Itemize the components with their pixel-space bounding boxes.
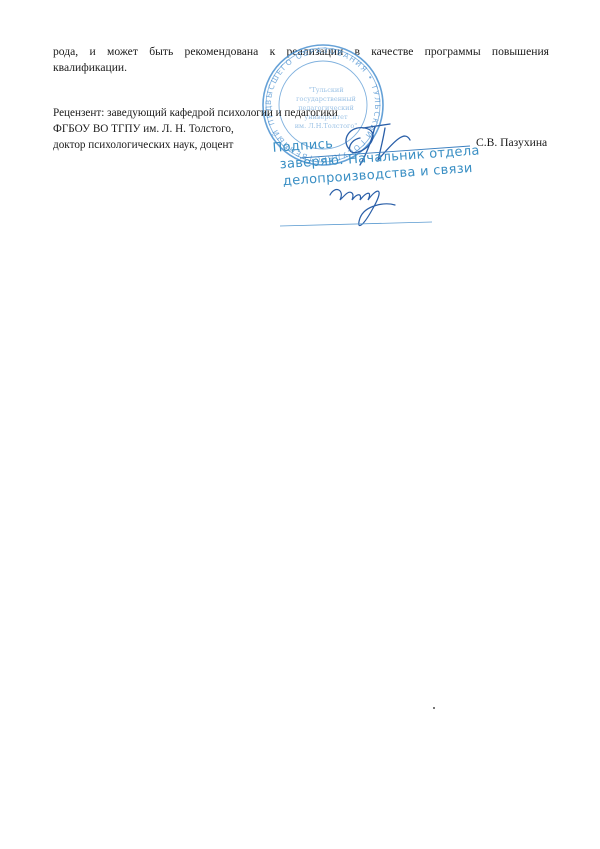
svg-text:государственный: государственный [296, 95, 356, 103]
svg-text:"Тульский: "Тульский [308, 86, 343, 94]
document-page: рода, и может быть рекомендована к реали… [0, 0, 600, 849]
reviewer-name: С.В. Пазухина [476, 136, 547, 149]
reviewer-position: Рецензент: заведующий кафедрой психологи… [53, 105, 338, 121]
reviewer-organization: ФГБОУ ВО ТГПУ им. Л. Н. Толстого, [53, 121, 338, 137]
scan-artifact [433, 707, 435, 709]
